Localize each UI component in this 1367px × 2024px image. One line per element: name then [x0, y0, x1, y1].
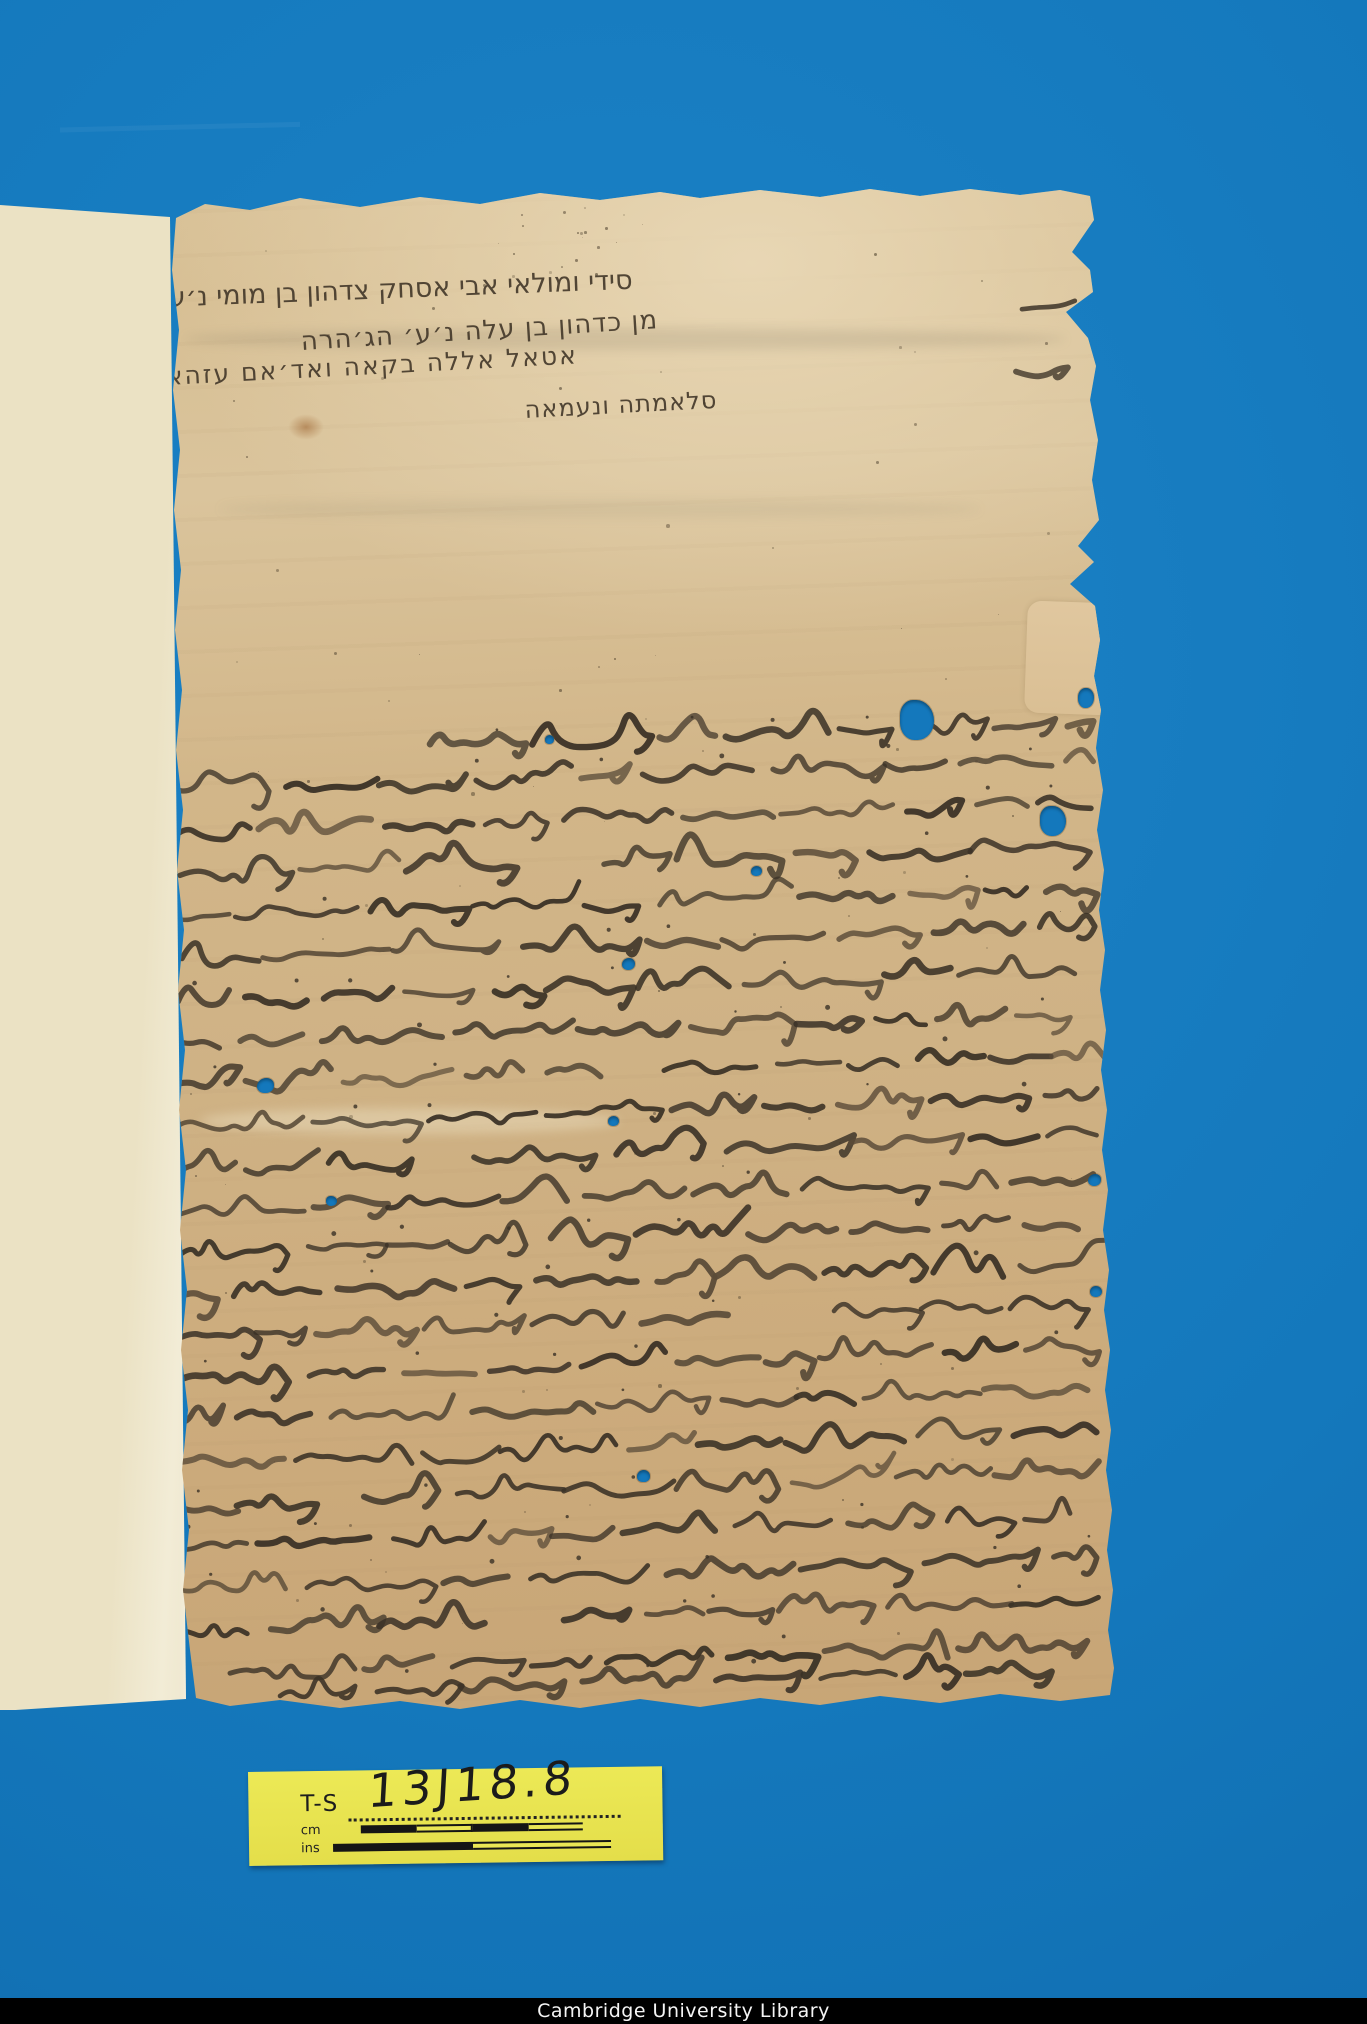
speck — [658, 990, 660, 992]
speck — [580, 232, 583, 235]
speck — [584, 207, 586, 209]
speck — [780, 1006, 782, 1008]
speck — [753, 933, 756, 936]
speck — [1012, 815, 1014, 817]
speck — [322, 938, 324, 940]
speck — [522, 1390, 525, 1393]
speck — [513, 253, 515, 255]
speck — [951, 1367, 954, 1370]
speck — [901, 628, 902, 629]
speck — [296, 1599, 299, 1602]
speck — [388, 700, 390, 702]
ins-scale-bar — [333, 1840, 611, 1852]
worm-hole — [608, 1116, 619, 1126]
speck — [605, 227, 608, 230]
speck — [365, 904, 368, 907]
worm-hole — [545, 735, 554, 744]
speck — [459, 885, 461, 887]
speck — [874, 253, 877, 256]
scale-segment — [333, 1842, 473, 1852]
classmark-label: T-S 13J18.8 cm ins — [248, 1766, 663, 1866]
speck — [462, 1623, 463, 1624]
speck — [589, 1504, 591, 1506]
speck — [722, 1165, 724, 1167]
speck — [577, 232, 579, 234]
speck — [842, 1499, 844, 1501]
footer-bar: Cambridge University Library — [0, 1998, 1367, 2024]
scale-segment — [473, 1840, 611, 1850]
speck — [432, 307, 435, 310]
speck — [634, 1152, 637, 1155]
speck — [1047, 532, 1050, 535]
speck — [559, 387, 562, 390]
speck — [962, 1358, 964, 1360]
speck — [419, 654, 420, 655]
speck — [981, 280, 983, 282]
speck — [533, 786, 534, 787]
scale-segment — [417, 1824, 473, 1833]
scale-segment — [361, 1825, 417, 1834]
speck — [498, 243, 499, 244]
worm-hole — [326, 1196, 337, 1206]
speck — [1071, 1178, 1072, 1179]
speck — [521, 214, 523, 216]
worm-hole — [1090, 1286, 1102, 1297]
speck — [658, 1384, 662, 1388]
speck — [614, 658, 616, 660]
speck — [655, 655, 656, 656]
speck — [604, 821, 605, 822]
speck — [471, 792, 475, 796]
speck — [1060, 911, 1061, 912]
classmark-prefix: T-S — [300, 1791, 338, 1818]
speck — [772, 547, 774, 549]
speck — [951, 1458, 954, 1461]
speck — [190, 1093, 192, 1095]
speck — [838, 877, 840, 879]
speck — [775, 818, 776, 819]
speck — [563, 211, 566, 214]
speck — [274, 1461, 275, 1462]
speck — [546, 1389, 548, 1391]
cm-scale-bar — [361, 1822, 583, 1833]
speck — [666, 524, 670, 528]
speck — [258, 771, 259, 772]
ins-label: ins — [301, 1841, 320, 1856]
cm-label: cm — [301, 1823, 321, 1838]
digitized-manuscript-photo: סידי ומולאי אבי אסחק צדהון בן מומי נ׳ע׳מ… — [0, 0, 1367, 2024]
worm-hole — [751, 866, 762, 876]
speck — [642, 1322, 643, 1323]
speck — [897, 1632, 900, 1635]
speck — [349, 1524, 352, 1527]
speck — [225, 1184, 226, 1185]
footer-title: Cambridge University Library — [537, 2000, 830, 2022]
speck — [246, 456, 248, 458]
speck — [288, 786, 291, 789]
speck — [559, 689, 562, 692]
speck — [334, 652, 337, 655]
speck — [642, 224, 643, 225]
speck — [582, 237, 583, 238]
worm-hole — [1078, 688, 1094, 708]
speck — [808, 1117, 811, 1120]
scale-segment — [473, 1823, 529, 1832]
speck — [1060, 1301, 1063, 1304]
speck — [986, 947, 988, 949]
speck — [307, 780, 310, 783]
speck — [623, 214, 625, 216]
speck — [848, 915, 850, 917]
speck — [876, 461, 879, 464]
speck — [738, 1296, 741, 1299]
worm-hole — [622, 958, 635, 970]
speck — [796, 1387, 799, 1390]
speck — [903, 871, 906, 874]
speck — [616, 242, 617, 243]
worm-hole — [257, 1078, 274, 1093]
speck — [195, 1175, 197, 1177]
speck — [385, 1571, 387, 1573]
speck — [945, 678, 947, 680]
speck — [575, 259, 578, 262]
speck — [276, 569, 279, 572]
speck — [660, 371, 662, 373]
speck — [225, 1292, 227, 1294]
speck — [975, 760, 978, 763]
address-line: סלאמתה ונעמאה — [524, 386, 718, 424]
scale-segment — [529, 1822, 583, 1831]
speck — [998, 614, 999, 615]
speck — [880, 1363, 882, 1365]
speck — [597, 246, 600, 249]
worm-hole — [1088, 1174, 1101, 1186]
speck — [861, 1526, 864, 1529]
speck — [522, 225, 524, 227]
speck — [370, 1559, 372, 1561]
worm-hole — [1040, 806, 1066, 836]
speck — [914, 351, 916, 353]
speck — [1045, 342, 1048, 345]
speck — [896, 748, 899, 751]
speck — [265, 250, 267, 252]
speck — [839, 1142, 841, 1144]
worm-hole — [900, 700, 934, 740]
speck — [653, 1112, 656, 1115]
speck — [233, 400, 235, 402]
speck — [584, 231, 587, 234]
speck — [645, 718, 647, 720]
speck — [914, 423, 917, 426]
backing-sheet — [0, 205, 192, 1710]
address-line: סידי ומולאי אבי אסחק צדהון בן מומי נ׳ע׳ — [157, 265, 633, 314]
speck — [598, 666, 600, 668]
speck — [702, 750, 704, 752]
worm-hole — [637, 1470, 650, 1482]
speck — [349, 1115, 353, 1119]
speck — [236, 661, 238, 663]
speck — [363, 1260, 366, 1263]
speck — [524, 1511, 526, 1513]
speck — [899, 346, 902, 349]
